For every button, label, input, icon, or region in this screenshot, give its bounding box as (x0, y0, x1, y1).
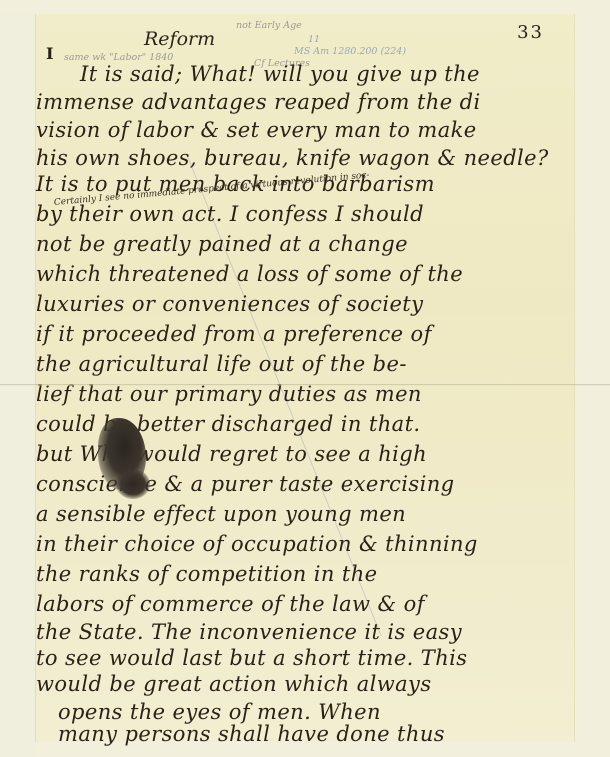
manuscript-line: It is said; What! will you give up the (80, 62, 480, 86)
page-title: Reform (144, 28, 215, 50)
manuscript-line: many persons shall have done thus (58, 722, 445, 746)
manuscript-line: a sensible effect upon young men (36, 502, 406, 526)
manuscript-line: his own shoes, bureau, knife wagon & nee… (36, 146, 549, 170)
fold-line (0, 384, 610, 386)
manuscript-line: to see would last but a short time. This (36, 646, 467, 670)
manuscript-line: conscience & a purer taste exercising (36, 472, 454, 496)
manuscript-page: I Reform 33 not Early Age 11 MS Am 1280.… (36, 14, 574, 742)
manuscript-line: labors of commerce of the law & of (36, 592, 425, 616)
manuscript-line: the ranks of competition in the (36, 562, 377, 586)
manuscript-line: in their choice of occupation & thinning (36, 532, 478, 556)
pencil-catalog-mark: MS Am 1280.200 (224) (294, 46, 406, 57)
pencil-catalog-struck: 11 (308, 34, 320, 45)
pencil-note-top: not Early Age (236, 20, 302, 31)
manuscript-line: if it proceeded from a preference of (36, 322, 432, 346)
manuscript-line: by their own act. I confess I should (36, 202, 424, 226)
manuscript-line: vision of labor & set every man to make (36, 118, 477, 142)
manuscript-line: not be greatly pained at a change (36, 232, 408, 256)
manuscript-line: would be great action which always (36, 672, 432, 696)
ink-blot (116, 469, 150, 499)
manuscript-line: the agricultural life out of the be- (36, 352, 407, 376)
manuscript-line: could be better discharged in that. (36, 412, 420, 436)
manuscript-line: which threatened a loss of some of the (36, 262, 463, 286)
manuscript-line: luxuries or conveniences of society (36, 292, 423, 316)
section-marker: I (46, 44, 53, 63)
manuscript-line: but Who would regret to see a high (36, 442, 427, 466)
manuscript-line: the State. The inconvenience it is easy (36, 620, 462, 644)
manuscript-line: immense advantages reaped from the di (36, 90, 481, 114)
manuscript-line: opens the eyes of men. When (58, 700, 381, 724)
page-number: 33 (517, 22, 544, 43)
